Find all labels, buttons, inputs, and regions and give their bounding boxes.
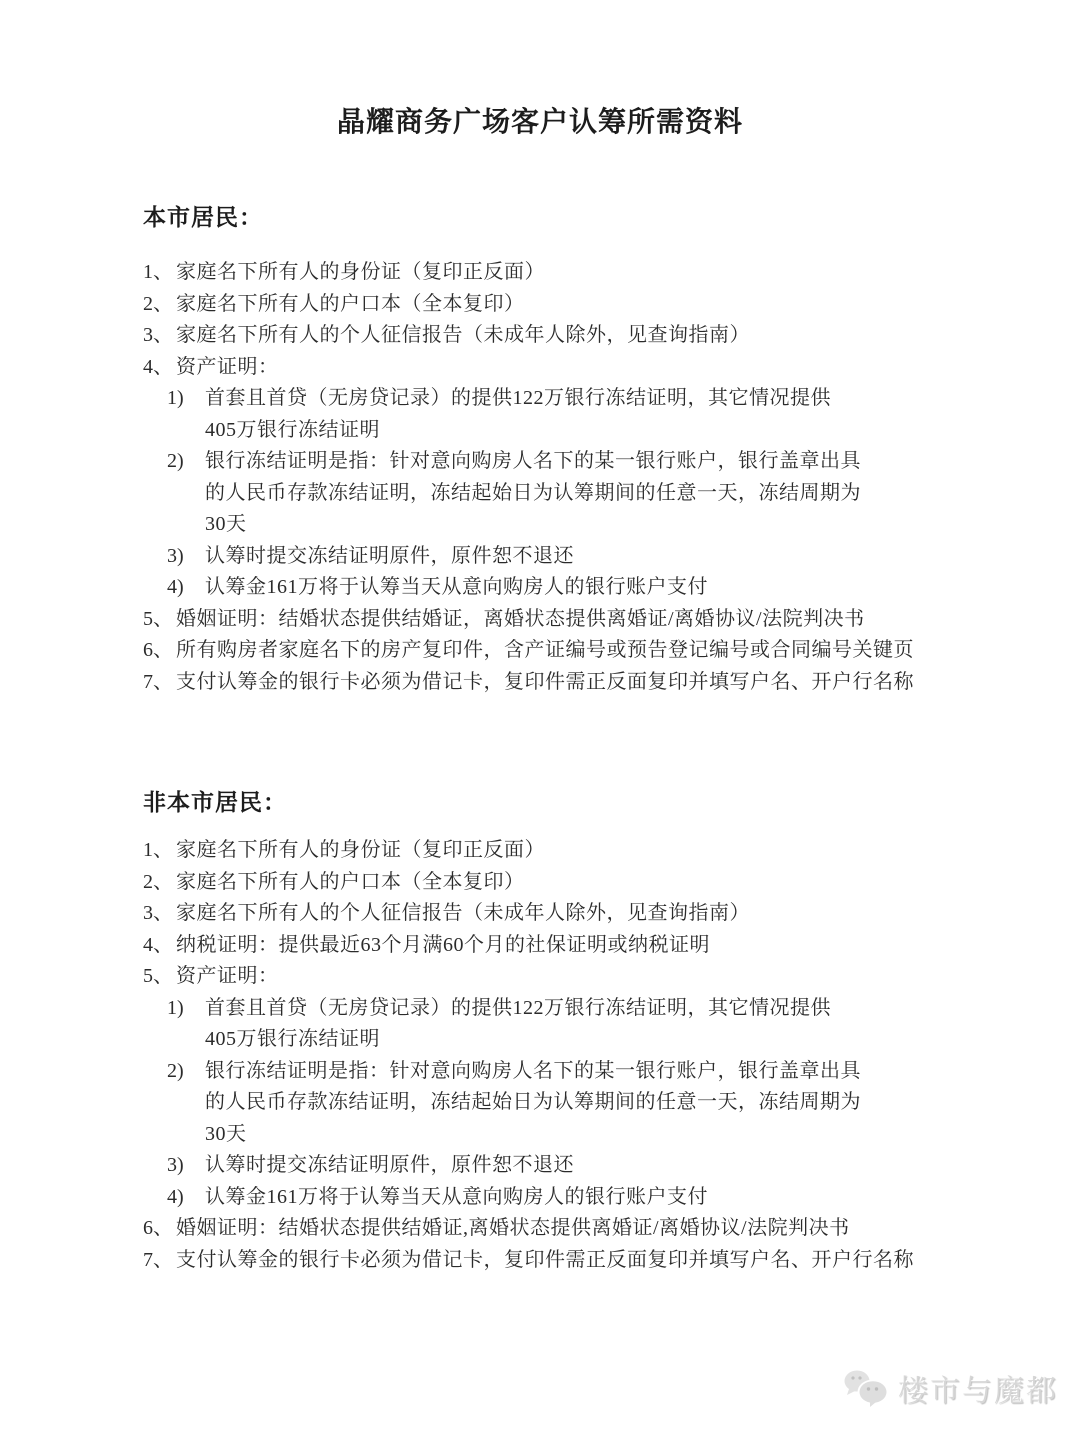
item-number: 1、 [143,835,176,867]
item-number: 2、 [143,867,176,899]
item-number: 5、 [143,961,176,993]
subitem-text: 30天 [205,1119,1020,1151]
list-item: 7、 支付认筹金的银行卡必须为借记卡，复印件需正反面复印并填写户名、开户行名称 [143,1245,1020,1277]
item-number: 6、 [143,635,176,667]
item-text: 家庭名下所有人的户口本（全本复印） [176,289,1020,321]
list-item: 4、 纳税证明：提供最近63个月满60个月的社保证明或纳税证明 [143,930,1020,962]
watermark: 楼市与魔都 [843,1366,1058,1410]
section-local-residents: 本市居民： 1、 家庭名下所有人的身份证（复印正反面） 2、 家庭名下所有人的户… [143,203,1020,698]
item-number: 3、 [143,898,176,930]
requirements-list: 1、 家庭名下所有人的身份证（复印正反面） 2、 家庭名下所有人的户口本（全本复… [143,835,1020,1276]
item-number: 2、 [143,289,176,321]
subitem-text: 30天 [205,509,1020,541]
list-item: 5、 资产证明： [143,961,1020,993]
item-text: 家庭名下所有人的身份证（复印正反面） [176,835,1020,867]
subitem-number: 3) [167,541,205,573]
item-number: 4、 [143,352,176,384]
requirements-list: 1、 家庭名下所有人的身份证（复印正反面） 2、 家庭名下所有人的户口本（全本复… [143,257,1020,698]
item-text: 家庭名下所有人的身份证（复印正反面） [176,257,1020,289]
sub-list-item: 4) 认筹金161万将于认筹当天从意向购房人的银行账户支付 [167,572,1020,604]
list-item: 2、 家庭名下所有人的户口本（全本复印） [143,867,1020,899]
subitem-number: 2) [167,1056,205,1088]
section-non-local-residents: 非本市居民： 1、 家庭名下所有人的身份证（复印正反面） 2、 家庭名下所有人的… [143,788,1020,1276]
subitem-text: 405万银行冻结证明 [205,1024,1020,1056]
subitem-number: 1) [167,993,205,1025]
list-item: 1、 家庭名下所有人的身份证（复印正反面） [143,257,1020,289]
list-item: 3、 家庭名下所有人的个人征信报告（未成年人除外，见查询指南） [143,320,1020,352]
sub-list-item: 3) 认筹时提交冻结证明原件，原件恕不退还 [167,541,1020,573]
subitem-number: 3) [167,1150,205,1182]
wechat-logo-icon [843,1368,891,1408]
list-item: 1、 家庭名下所有人的身份证（复印正反面） [143,835,1020,867]
item-text: 纳税证明：提供最近63个月满60个月的社保证明或纳税证明 [176,930,1020,962]
sub-list-item: 2) 银行冻结证明是指：针对意向购房人名下的某一银行账户，银行盖章出具 的人民币… [167,446,1020,541]
section-heading: 非本市居民： [143,788,1020,818]
item-number: 6、 [143,1213,176,1245]
item-text: 资产证明： [176,352,1020,384]
subitem-text: 的人民币存款冻结证明，冻结起始日为认筹期间的任意一天，冻结周期为 [205,478,1020,510]
subitem-text: 认筹时提交冻结证明原件，原件恕不退还 [205,1150,1020,1182]
list-item: 5、 婚姻证明：结婚状态提供结婚证，离婚状态提供离婚证/离婚协议/法院判决书 [143,604,1020,636]
list-item: 6、 所有购房者家庭名下的房产复印件，含产证编号或预告登记编号或合同编号关键页 [143,635,1020,667]
item-text: 家庭名下所有人的户口本（全本复印） [176,867,1020,899]
subitem-number: 1) [167,383,205,415]
list-item: 7、 支付认筹金的银行卡必须为借记卡，复印件需正反面复印并填写户名、开户行名称 [143,667,1020,699]
sub-list-item: 4) 认筹金161万将于认筹当天从意向购房人的银行账户支付 [167,1182,1020,1214]
item-number: 4、 [143,930,176,962]
document-body: 本市居民： 1、 家庭名下所有人的身份证（复印正反面） 2、 家庭名下所有人的户… [143,203,1020,1276]
item-text: 家庭名下所有人的个人征信报告（未成年人除外，见查询指南） [176,320,1020,352]
sub-list-item: 1) 首套且首贷（无房贷记录）的提供122万银行冻结证明，其它情况提供 405万… [167,383,1020,446]
item-number: 7、 [143,1245,176,1277]
list-item: 4、 资产证明： [143,352,1020,384]
subitem-text: 405万银行冻结证明 [205,415,1020,447]
sub-list-item: 2) 银行冻结证明是指：针对意向购房人名下的某一银行账户，银行盖章出具 的人民币… [167,1056,1020,1151]
item-number: 1、 [143,257,176,289]
subitem-text: 银行冻结证明是指：针对意向购房人名下的某一银行账户，银行盖章出具 [205,1056,1020,1088]
item-text: 婚姻证明：结婚状态提供结婚证，离婚状态提供离婚证/离婚协议/法院判决书 [176,604,1020,636]
subitem-text: 认筹时提交冻结证明原件，原件恕不退还 [205,541,1020,573]
subitem-number: 4) [167,572,205,604]
item-number: 3、 [143,320,176,352]
item-number: 7、 [143,667,176,699]
item-text: 支付认筹金的银行卡必须为借记卡，复印件需正反面复印并填写户名、开户行名称 [176,1245,1020,1277]
list-item: 6、 婚姻证明：结婚状态提供结婚证,离婚状态提供离婚证/离婚协议/法院判决书 [143,1213,1020,1245]
sub-list-item: 3) 认筹时提交冻结证明原件，原件恕不退还 [167,1150,1020,1182]
item-number: 5、 [143,604,176,636]
sub-list-item: 1) 首套且首贷（无房贷记录）的提供122万银行冻结证明，其它情况提供 405万… [167,993,1020,1056]
subitem-text: 首套且首贷（无房贷记录）的提供122万银行冻结证明，其它情况提供 [205,993,1020,1025]
list-item: 2、 家庭名下所有人的户口本（全本复印） [143,289,1020,321]
section-heading: 本市居民： [143,203,1020,233]
item-text: 支付认筹金的银行卡必须为借记卡，复印件需正反面复印并填写户名、开户行名称 [176,667,1020,699]
subitem-text: 的人民币存款冻结证明，冻结起始日为认筹期间的任意一天，冻结周期为 [205,1087,1020,1119]
subitem-text: 银行冻结证明是指：针对意向购房人名下的某一银行账户，银行盖章出具 [205,446,1020,478]
subitem-number: 4) [167,1182,205,1214]
subitem-text: 首套且首贷（无房贷记录）的提供122万银行冻结证明，其它情况提供 [205,383,1020,415]
sub-list: 1) 首套且首贷（无房贷记录）的提供122万银行冻结证明，其它情况提供 405万… [167,383,1020,604]
item-text: 所有购房者家庭名下的房产复印件，含产证编号或预告登记编号或合同编号关键页 [176,635,1020,667]
watermark-label: 楼市与魔都 [898,1366,1058,1410]
subitem-text: 认筹金161万将于认筹当天从意向购房人的银行账户支付 [205,572,1020,604]
sub-list: 1) 首套且首贷（无房贷记录）的提供122万银行冻结证明，其它情况提供 405万… [167,993,1020,1214]
subitem-text: 认筹金161万将于认筹当天从意向购房人的银行账户支付 [205,1182,1020,1214]
subitem-number: 2) [167,446,205,478]
item-text: 资产证明： [176,961,1020,993]
page-title: 晶耀商务广场客户认筹所需资料 [0,100,1080,140]
list-item: 3、 家庭名下所有人的个人征信报告（未成年人除外，见查询指南） [143,898,1020,930]
item-text: 家庭名下所有人的个人征信报告（未成年人除外，见查询指南） [176,898,1020,930]
item-text: 婚姻证明：结婚状态提供结婚证,离婚状态提供离婚证/离婚协议/法院判决书 [176,1213,1020,1245]
